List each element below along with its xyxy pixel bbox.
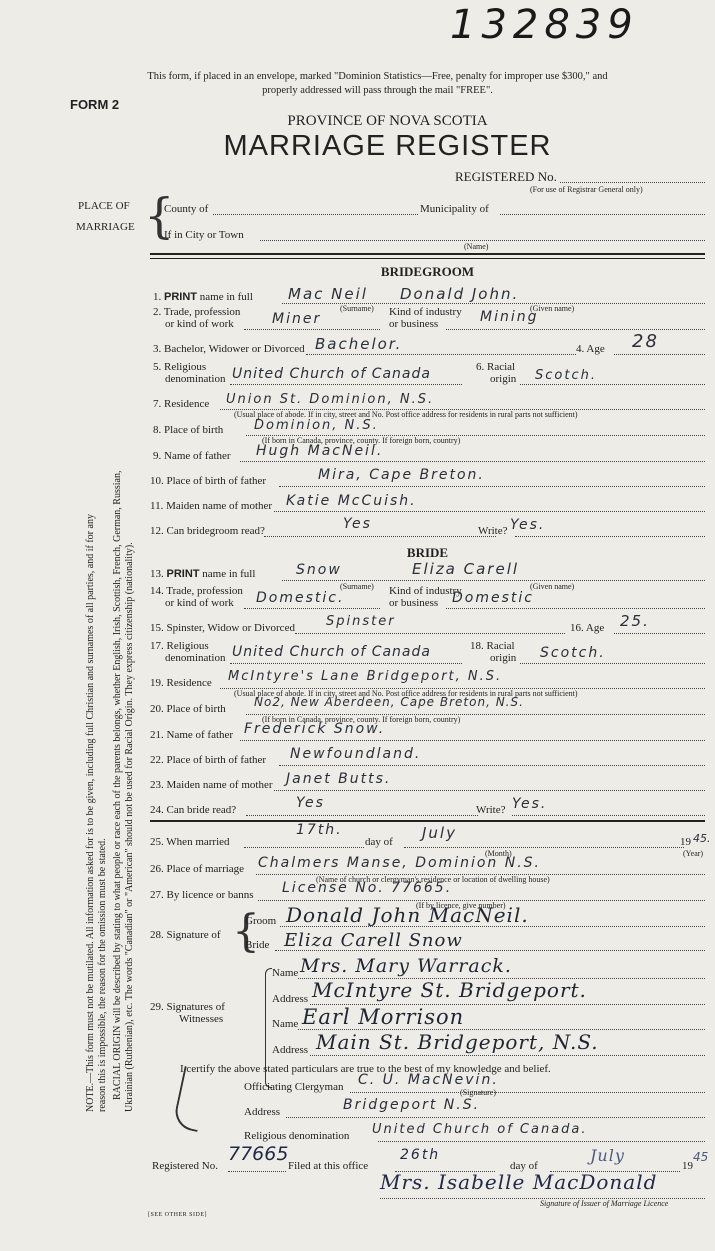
groom-birthplace-value: Dominion, N.S. bbox=[254, 418, 379, 433]
clergy-address-label: Address bbox=[244, 1106, 280, 1118]
initials-mark bbox=[172, 1066, 210, 1132]
f1-label: 1. PRINT name in full bbox=[153, 291, 253, 303]
groom-father-birthplace-field[interactable] bbox=[279, 486, 705, 487]
bride-industry-label-a: Kind of industry bbox=[389, 585, 462, 597]
f5-label-a: 5. Religious bbox=[153, 361, 206, 373]
city-field[interactable] bbox=[260, 240, 705, 241]
f13-print: PRINT bbox=[167, 568, 200, 580]
clergyman-label: Officiating Clergyman bbox=[244, 1081, 344, 1093]
groom-age-field[interactable] bbox=[614, 354, 705, 355]
groom-residence-value: Union St. Dominion, N.S. bbox=[226, 392, 434, 407]
clergy-denomination-value: United Church of Canada. bbox=[372, 1122, 588, 1137]
day-of-label: day of bbox=[365, 836, 393, 848]
divider bbox=[150, 253, 705, 259]
groom-write-label: Write? bbox=[478, 525, 507, 537]
marriage-place-value: Chalmers Manse, Dominion N.S. bbox=[258, 855, 541, 871]
bride-father-birthplace-field[interactable] bbox=[279, 765, 705, 766]
f1-print: PRINT bbox=[164, 291, 197, 303]
bride-read-value: Yes bbox=[296, 795, 325, 811]
f13-label: 13. PRINT name in full bbox=[150, 568, 255, 580]
bride-given-value: Eliza Carell bbox=[412, 560, 519, 578]
bride-residence-value: McIntyre's Lane Bridgeport, N.S. bbox=[228, 669, 502, 684]
f5-label-b: denomination bbox=[165, 373, 226, 385]
bride-surname-note: (Surname) bbox=[340, 582, 374, 591]
postal-notice-line-2: properly addressed will pass through the… bbox=[0, 85, 715, 96]
groom-write-value: Yes. bbox=[510, 517, 545, 533]
bride-trade-field[interactable] bbox=[244, 608, 380, 609]
bride-racial-value: Scotch. bbox=[540, 645, 606, 661]
bride-father-field[interactable] bbox=[240, 740, 705, 741]
witness1-address-label: Address bbox=[272, 993, 308, 1005]
bride-father-value: Frederick Snow. bbox=[244, 721, 385, 737]
f2-label-a: 2. Trade, profession bbox=[153, 306, 240, 318]
groom-read-field[interactable] bbox=[264, 536, 496, 537]
bride-signature-label: Bride bbox=[245, 939, 269, 951]
f14-label-a: 14. Trade, profession bbox=[150, 585, 243, 597]
groom-write-field[interactable] bbox=[515, 536, 705, 537]
groom-given-value: Donald John. bbox=[400, 285, 519, 303]
clergyman-field[interactable] bbox=[350, 1092, 705, 1093]
issuer-note: Signature of Issuer of Marriage Licence bbox=[540, 1199, 668, 1208]
f6-label-a: 6. Racial bbox=[476, 361, 515, 373]
filed-year-prefix: 19 bbox=[682, 1160, 693, 1172]
filing-registered-label: Registered No. bbox=[152, 1160, 218, 1172]
bride-industry-value: Domestic bbox=[452, 590, 534, 606]
groom-racial-field[interactable] bbox=[520, 384, 705, 385]
f8-label: 8. Place of birth bbox=[153, 424, 223, 436]
registered-no-note: (For use of Registrar General only) bbox=[530, 185, 643, 194]
registered-no-field[interactable] bbox=[560, 182, 705, 183]
filed-year-value: 45 bbox=[693, 1150, 708, 1164]
groom-industry-value: Mining bbox=[480, 309, 539, 325]
municipality-field[interactable] bbox=[500, 214, 705, 215]
file-number: 132839 bbox=[450, 2, 639, 48]
bride-mother-field[interactable] bbox=[274, 790, 705, 791]
bride-write-label: Write? bbox=[476, 804, 505, 816]
witness1-name-label: Name bbox=[272, 967, 298, 979]
f16-label: 16. Age bbox=[570, 622, 604, 634]
page-title: MARRIAGE REGISTER bbox=[0, 130, 715, 163]
f1-label-text: name in full bbox=[200, 291, 253, 303]
groom-father-value: Hugh MacNeil. bbox=[256, 443, 383, 459]
bride-mother-value: Janet Butts. bbox=[286, 771, 391, 787]
bride-status-value: Spinster bbox=[326, 614, 396, 629]
bridegroom-heading: BRIDEGROOM bbox=[150, 264, 705, 280]
f24-label: 24. Can bride read? bbox=[150, 804, 236, 816]
bride-industry-field[interactable] bbox=[446, 608, 705, 609]
f14-label-b: or kind of work bbox=[165, 597, 234, 609]
f4-label: 4. Age bbox=[576, 343, 605, 355]
side-note-line-3: RACIAL ORIGIN will be described by stati… bbox=[112, 471, 123, 1100]
surname-note: (Surname) bbox=[340, 304, 374, 313]
bride-write-field[interactable] bbox=[512, 815, 705, 816]
bride-birthplace-value: No2, New Aberdeen, Cape Breton, N.S. bbox=[254, 695, 524, 709]
filing-registered-field[interactable] bbox=[228, 1171, 286, 1172]
witness2-address-value: Main St. Bridgeport, N.S. bbox=[316, 1030, 599, 1054]
f2-label-b: or kind of work bbox=[165, 318, 234, 330]
year-note: (Year) bbox=[683, 849, 703, 858]
issuer-signature-value: Mrs. Isabelle MacDonald bbox=[380, 1170, 657, 1194]
place-of-marriage-label-1: PLACE OF bbox=[78, 200, 130, 212]
f25-label: 25. When married bbox=[150, 836, 230, 848]
side-note-line-4: Ukrainian (Ruthenian), etc. The words "C… bbox=[124, 542, 135, 1112]
clergy-denomination-field[interactable] bbox=[378, 1141, 705, 1142]
clergy-denomination-label: Religious denomination bbox=[244, 1130, 349, 1142]
witness1-address-value: McIntyre St. Bridgeport. bbox=[312, 978, 587, 1002]
f17-label-a: 17. Religious bbox=[150, 640, 209, 652]
bride-racial-field[interactable] bbox=[520, 663, 705, 664]
filed-day-value: 26th bbox=[400, 1147, 440, 1163]
groom-father-birthplace-value: Mira, Cape Breton. bbox=[318, 467, 485, 483]
groom-racial-value: Scotch. bbox=[535, 368, 597, 383]
year-prefix: 19 bbox=[680, 836, 691, 848]
groom-mother-field[interactable] bbox=[274, 511, 705, 512]
groom-mother-value: Katie McCuish. bbox=[286, 493, 417, 509]
side-note-line-2: reason this is impossible, the reason fo… bbox=[97, 838, 108, 1112]
bride-surname-value: Snow bbox=[296, 562, 342, 578]
divider bbox=[150, 820, 705, 822]
bride-religion-field[interactable] bbox=[230, 663, 462, 664]
form-label: FORM 2 bbox=[70, 97, 119, 112]
f20-label: 20. Place of birth bbox=[150, 703, 226, 715]
municipality-label: Municipality of bbox=[420, 203, 489, 215]
f29-label-a: 29. Signatures of bbox=[150, 1001, 225, 1013]
witness1-name-value: Mrs. Mary Warrack. bbox=[300, 955, 512, 977]
f11-label: 11. Maiden name of mother bbox=[150, 500, 272, 512]
groom-status-value: Bachelor. bbox=[315, 335, 402, 353]
witness2-address-label: Address bbox=[272, 1044, 308, 1056]
postal-notice-line-1: This form, if placed in an envelope, mar… bbox=[0, 71, 715, 82]
signature-note: (Signature) bbox=[460, 1088, 496, 1097]
f3-label: 3. Bachelor, Widower or Divorced bbox=[153, 343, 305, 355]
bride-status-field[interactable] bbox=[295, 633, 565, 634]
bride-write-value: Yes. bbox=[512, 796, 547, 812]
bride-signature-value: Eliza Carell Snow bbox=[284, 930, 463, 951]
f18-label-b: origin bbox=[490, 652, 516, 664]
witness2-address-field[interactable] bbox=[310, 1055, 705, 1056]
groom-industry-label-a: Kind of industry bbox=[389, 306, 462, 318]
f7-label: 7. Residence bbox=[153, 398, 209, 410]
marriage-month-field[interactable] bbox=[404, 847, 684, 848]
bride-given-note: (Given name) bbox=[530, 582, 574, 591]
bride-name-field[interactable] bbox=[282, 580, 705, 581]
bride-heading: BRIDE bbox=[150, 545, 705, 561]
bride-industry-label-b: or business bbox=[389, 597, 438, 609]
witness2-name-value: Earl Morrison bbox=[302, 1005, 464, 1029]
groom-trade-field[interactable] bbox=[244, 329, 380, 330]
marriage-day-field[interactable] bbox=[244, 847, 364, 848]
side-note-line-1: NOTE.—This form must not be mutilated. A… bbox=[85, 514, 96, 1112]
f22-label: 22. Place of birth of father bbox=[150, 754, 266, 766]
groom-industry-label-b: or business bbox=[389, 318, 438, 330]
place-of-marriage-label-2: MARRIAGE bbox=[76, 221, 135, 233]
f23-label: 23. Maiden name of mother bbox=[150, 779, 273, 791]
clergy-address-value: Bridgeport N.S. bbox=[343, 1097, 480, 1113]
f18-label-a: 18. Racial bbox=[470, 640, 515, 652]
f26-label: 26. Place of marriage bbox=[150, 863, 244, 875]
city-name-note: (Name) bbox=[464, 242, 488, 251]
bride-age-value: 25. bbox=[620, 612, 650, 630]
f27-label: 27. By licence or banns bbox=[150, 889, 254, 901]
bride-age-field[interactable] bbox=[614, 633, 705, 634]
county-label: County of bbox=[164, 203, 208, 215]
bride-religion-value: United Church of Canada bbox=[232, 644, 431, 660]
licence-value: License No. 77665. bbox=[282, 880, 452, 896]
groom-religion-value: United Church of Canada bbox=[232, 366, 431, 382]
bride-trade-value: Domestic. bbox=[256, 590, 344, 606]
marriage-day-value: 17th. bbox=[296, 822, 343, 838]
groom-signature-label: Groom bbox=[245, 915, 276, 927]
groom-signature-value: Donald John MacNeil. bbox=[286, 903, 529, 927]
filed-label: Filed at this office bbox=[288, 1160, 368, 1172]
f13-number: 13. bbox=[150, 568, 164, 580]
groom-age-value: 28 bbox=[632, 331, 659, 352]
f21-label: 21. Name of father bbox=[150, 729, 233, 741]
clergyman-value: C. U. MacNevin. bbox=[358, 1072, 499, 1088]
f6-label-b: origin bbox=[490, 373, 516, 385]
county-field[interactable] bbox=[213, 214, 418, 215]
f1-number: 1. bbox=[153, 291, 161, 303]
bride-father-birthplace-value: Newfoundland. bbox=[290, 746, 421, 762]
f12-label: 12. Can bridegroom read? bbox=[150, 525, 265, 537]
province-title: PROVINCE OF NOVA SCOTIA bbox=[0, 113, 715, 130]
clergy-address-field[interactable] bbox=[286, 1117, 705, 1118]
groom-religion-field[interactable] bbox=[230, 384, 462, 385]
f13-label-text: name in full bbox=[202, 568, 255, 580]
marriage-month-value: July bbox=[422, 824, 457, 842]
bride-read-field[interactable] bbox=[246, 815, 478, 816]
groom-read-value: Yes bbox=[343, 516, 372, 532]
groom-industry-field[interactable] bbox=[446, 329, 705, 330]
f28-label: 28. Signature of bbox=[150, 929, 221, 941]
f29-label-b: Witnesses bbox=[179, 1013, 223, 1025]
see-other-side: [SEE OTHER SIDE] bbox=[148, 1212, 207, 1218]
f19-label: 19. Residence bbox=[150, 677, 212, 689]
groom-status-field[interactable] bbox=[306, 354, 576, 355]
f9-label: 9. Name of father bbox=[153, 450, 231, 462]
groom-father-field[interactable] bbox=[240, 461, 705, 462]
groom-trade-value: Miner bbox=[272, 311, 321, 327]
filing-registered-value: 77665 bbox=[228, 1143, 288, 1165]
filed-month-value: July bbox=[590, 1146, 625, 1165]
witness2-name-label: Name bbox=[272, 1018, 298, 1030]
marriage-year-value: 45. bbox=[693, 832, 711, 845]
f15-label: 15. Spinster, Widow or Divorced bbox=[150, 622, 295, 634]
registered-no-label: REGISTERED No. bbox=[455, 169, 557, 185]
city-label: If in City or Town bbox=[164, 229, 244, 241]
f10-label: 10. Place of birth of father bbox=[150, 475, 266, 487]
f17-label-b: denomination bbox=[165, 652, 226, 664]
groom-surname-value: Mac Neil bbox=[288, 285, 368, 303]
